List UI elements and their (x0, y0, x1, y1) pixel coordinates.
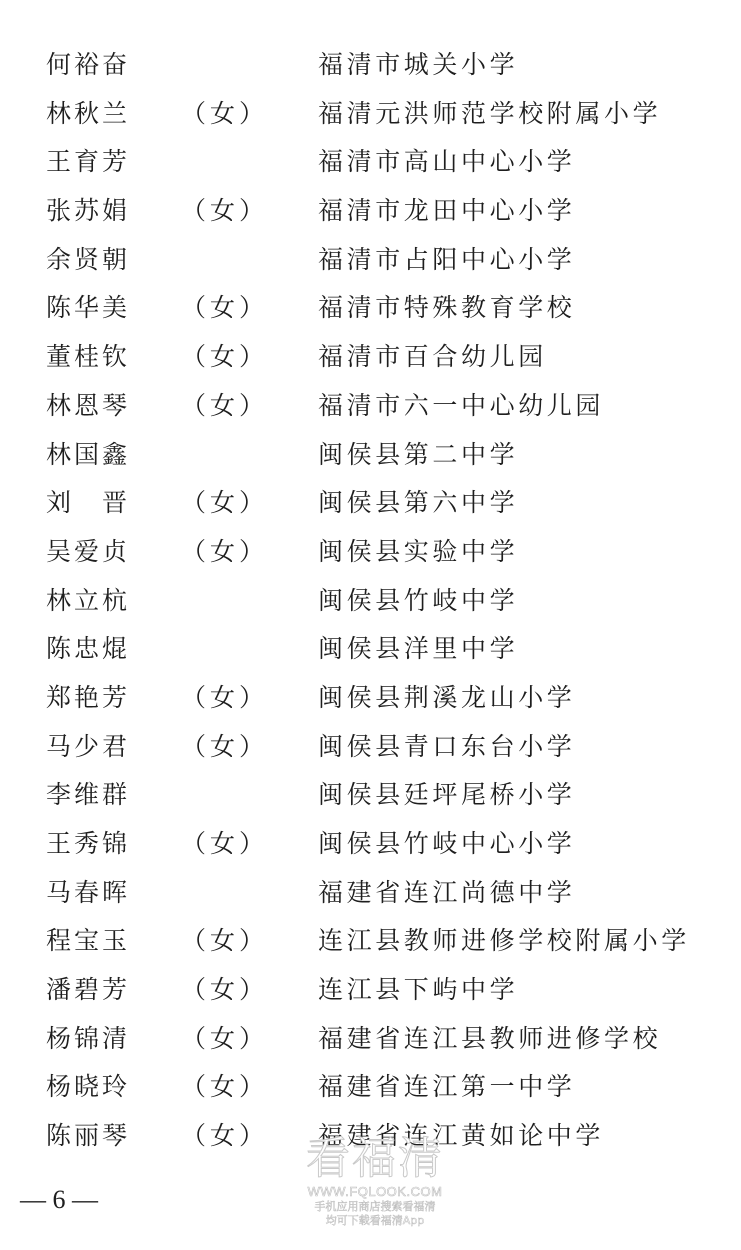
school-name: 闽侯县廷坪尾桥小学 (318, 780, 575, 810)
gender-note: （女） (181, 1024, 268, 1054)
teacher-name: 林秋兰 (46, 99, 130, 129)
teacher-name: 何裕奋 (46, 50, 130, 80)
roster-row: 李维群 闽侯县廷坪尾桥小学 (0, 774, 741, 823)
teacher-name: 吴爱贞 (46, 537, 130, 567)
gender-note: （女） (181, 537, 268, 567)
teacher-name: 陈丽琴 (46, 1121, 130, 1151)
gender-note: （女） (181, 683, 268, 713)
gender-note: （女） (181, 99, 268, 129)
teacher-name: 王秀锦 (46, 829, 130, 859)
teacher-name: 张苏娟 (46, 196, 130, 226)
school-name: 福清市特殊教育学校 (318, 293, 575, 323)
school-name: 闽侯县第六中学 (318, 488, 518, 518)
teacher-name: 林立杭 (46, 586, 130, 616)
teacher-name: 潘碧芳 (46, 975, 130, 1005)
roster-row: 郑艳芳 （女） 闽侯县荆溪龙山小学 (0, 677, 741, 726)
watermark-line-2: 均可下载看福清App (300, 1214, 450, 1228)
teacher-name: 林恩琴 (46, 391, 130, 421)
gender-note: （女） (181, 975, 268, 1005)
school-name: 福清市百合幼儿园 (318, 342, 547, 372)
school-name: 福建省连江第一中学 (318, 1072, 575, 1102)
roster-row: 林恩琴 （女） 福清市六一中心幼儿园 (0, 385, 741, 434)
roster-row: 王育芳 福清市高山中心小学 (0, 141, 741, 190)
school-name: 福清元洪师范学校附属小学 (318, 99, 661, 129)
roster-row: 董桂钦 （女） 福清市百合幼儿园 (0, 336, 741, 385)
school-name: 福建省连江黄如论中学 (318, 1121, 604, 1151)
gender-note: （女） (181, 829, 268, 859)
teacher-name: 董桂钦 (46, 342, 130, 372)
page-number: — 6 — (20, 1185, 98, 1215)
teacher-name: 杨晓玲 (46, 1072, 130, 1102)
roster-row: 余贤朝 福清市占阳中心小学 (0, 239, 741, 288)
roster-row: 马春晖 福建省连江尚德中学 (0, 872, 741, 921)
roster-row: 何裕奋 福清市城关小学 (0, 44, 741, 93)
roster-row: 杨锦清 （女） 福建省连江县教师进修学校 (0, 1018, 741, 1067)
roster-row: 吴爱贞 （女） 闽侯县实验中学 (0, 531, 741, 580)
roster-row: 马少君 （女） 闽侯县青口东台小学 (0, 726, 741, 775)
roster-row: 陈忠焜 闽侯县洋里中学 (0, 628, 741, 677)
watermark-line-1: 手机应用商店搜索看福清 (300, 1200, 450, 1214)
school-name: 福清市龙田中心小学 (318, 196, 575, 226)
school-name: 闽侯县青口东台小学 (318, 732, 575, 762)
watermark-url: WWW.FQLOOK.COM (300, 1184, 450, 1200)
teacher-name: 王育芳 (46, 147, 130, 177)
document-page: 何裕奋 福清市城关小学 林秋兰 （女） 福清元洪师范学校附属小学 王育芳 福清市… (0, 0, 741, 1250)
gender-note: （女） (181, 926, 268, 956)
roster-row: 程宝玉 （女） 连江县教师进修学校附属小学 (0, 920, 741, 969)
gender-note: （女） (181, 391, 268, 421)
roster-row: 刘 晋 （女） 闽侯县第六中学 (0, 482, 741, 531)
school-name: 闽侯县竹岐中心小学 (318, 829, 575, 859)
school-name: 福建省连江县教师进修学校 (318, 1024, 661, 1054)
school-name: 福清市高山中心小学 (318, 147, 575, 177)
teacher-name: 陈忠焜 (46, 634, 130, 664)
school-name: 福清市占阳中心小学 (318, 245, 575, 275)
teacher-name: 马少君 (46, 732, 130, 762)
teacher-name: 郑艳芳 (46, 683, 130, 713)
school-name: 连江县教师进修学校附属小学 (318, 926, 690, 956)
roster-row: 林国鑫 闽侯县第二中学 (0, 434, 741, 483)
teacher-name: 陈华美 (46, 293, 130, 323)
gender-note: （女） (181, 342, 268, 372)
school-name: 闽侯县洋里中学 (318, 634, 518, 664)
roster-row: 王秀锦 （女） 闽侯县竹岐中心小学 (0, 823, 741, 872)
school-name: 闽侯县第二中学 (318, 440, 518, 470)
teacher-name: 杨锦清 (46, 1024, 130, 1054)
roster-row: 林立杭 闽侯县竹岐中学 (0, 580, 741, 629)
gender-note: （女） (181, 1072, 268, 1102)
teacher-name: 程宝玉 (46, 926, 130, 956)
roster-row: 林秋兰 （女） 福清元洪师范学校附属小学 (0, 93, 741, 142)
gender-note: （女） (181, 293, 268, 323)
gender-note: （女） (181, 1121, 268, 1151)
roster-row: 潘碧芳 （女） 连江县下屿中学 (0, 969, 741, 1018)
teacher-name: 李维群 (46, 780, 130, 810)
teacher-roster: 何裕奋 福清市城关小学 林秋兰 （女） 福清元洪师范学校附属小学 王育芳 福清市… (0, 44, 741, 1164)
gender-note: （女） (181, 196, 268, 226)
school-name: 福建省连江尚德中学 (318, 878, 575, 908)
teacher-name: 余贤朝 (46, 245, 130, 275)
roster-row: 杨晓玲 （女） 福建省连江第一中学 (0, 1066, 741, 1115)
roster-row: 陈华美 （女） 福清市特殊教育学校 (0, 287, 741, 336)
gender-note: （女） (181, 732, 268, 762)
school-name: 闽侯县竹岐中学 (318, 586, 518, 616)
teacher-name: 刘 晋 (46, 488, 130, 518)
teacher-name: 林国鑫 (46, 440, 130, 470)
school-name: 连江县下屿中学 (318, 975, 518, 1005)
teacher-name: 马春晖 (46, 878, 130, 908)
school-name: 福清市六一中心幼儿园 (318, 391, 604, 421)
school-name: 闽侯县实验中学 (318, 537, 518, 567)
roster-row: 陈丽琴 （女） 福建省连江黄如论中学 (0, 1115, 741, 1164)
school-name: 福清市城关小学 (318, 50, 518, 80)
gender-note: （女） (181, 488, 268, 518)
roster-row: 张苏娟 （女） 福清市龙田中心小学 (0, 190, 741, 239)
school-name: 闽侯县荆溪龙山小学 (318, 683, 575, 713)
